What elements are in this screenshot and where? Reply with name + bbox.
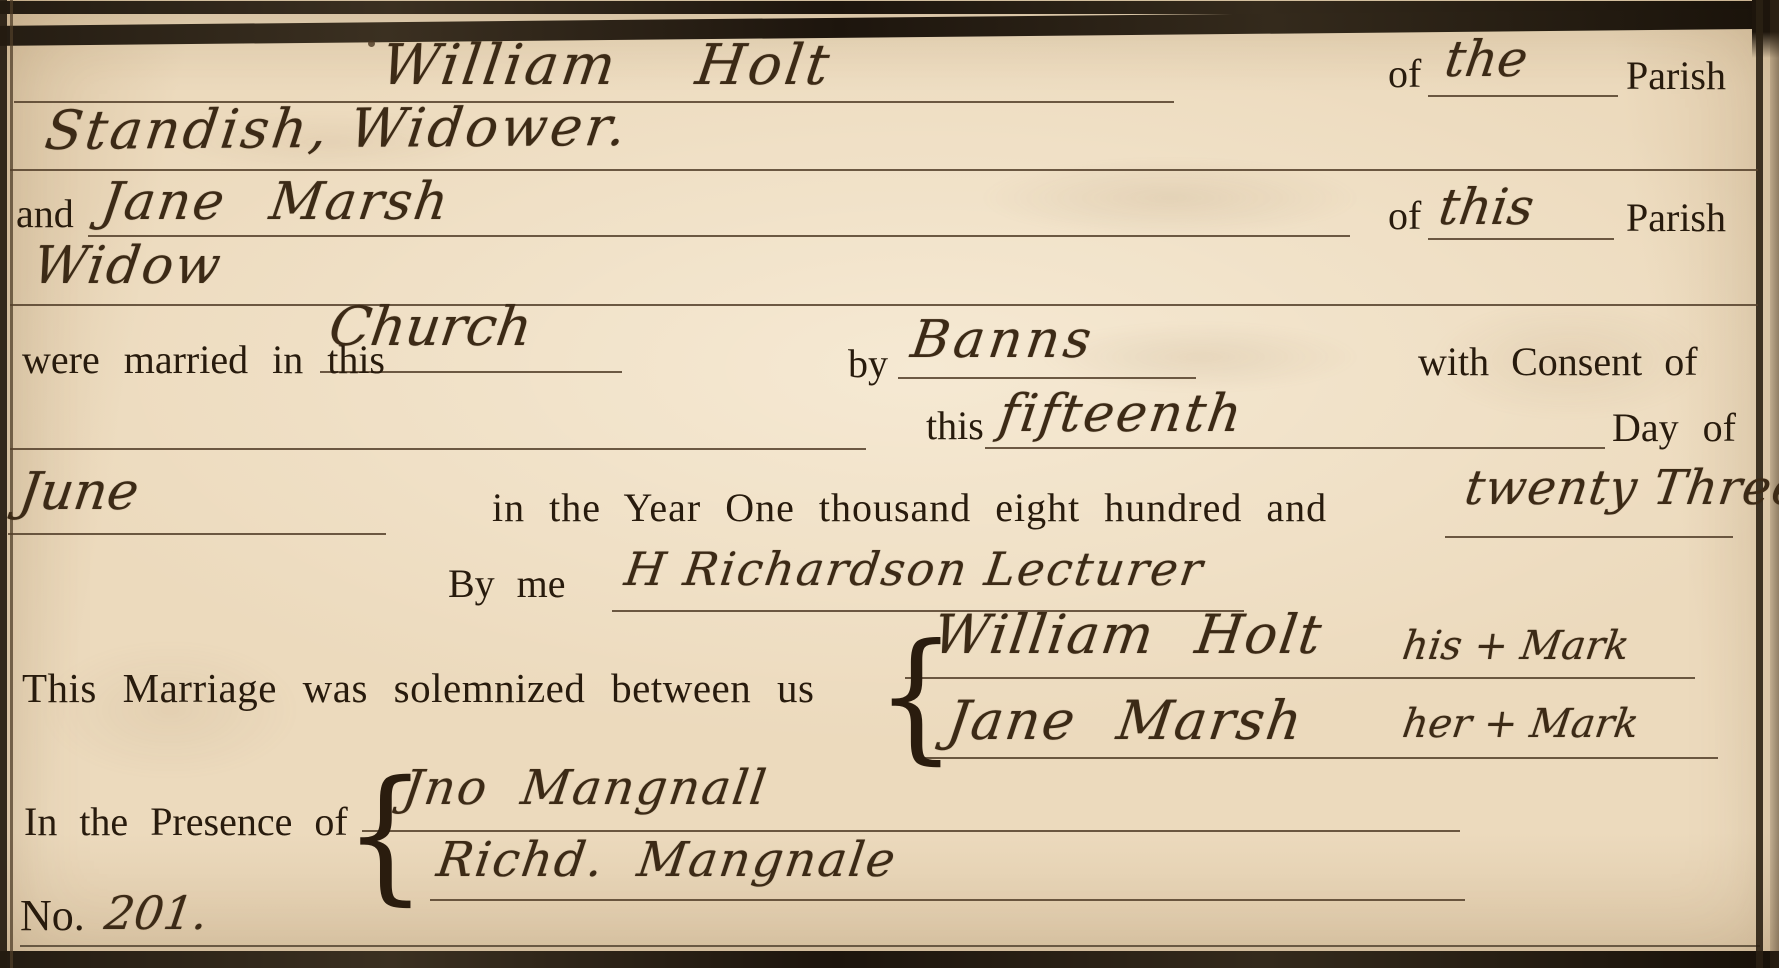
bride-name-entry: Jane Marsh bbox=[98, 176, 453, 228]
ruled-line bbox=[10, 169, 1758, 171]
groom-mark: his + Mark bbox=[1400, 626, 1632, 666]
year-label: in the Year One thousand eight hundred a… bbox=[492, 488, 1327, 528]
groom-signature: William Holt bbox=[930, 608, 1326, 662]
day-entry: fifteenth bbox=[996, 388, 1247, 440]
witness2-signature: Richd. Mangnale bbox=[434, 836, 900, 884]
page-border-left-outer bbox=[0, 0, 7, 968]
solemnized-label: This Marriage was solemnized between us bbox=[22, 668, 814, 709]
officiant-signature: H Richardson Lecturer bbox=[622, 546, 1207, 592]
ruled-line bbox=[905, 677, 1695, 679]
ruled-line bbox=[1428, 95, 1618, 97]
bride-parish-entry: this bbox=[1436, 182, 1537, 232]
ruled-line bbox=[1428, 238, 1614, 240]
ruled-line bbox=[10, 304, 1758, 306]
page-border-bottom-thin bbox=[20, 945, 1760, 947]
page-border-left-inner bbox=[10, 0, 13, 968]
ruled-line bbox=[1445, 536, 1733, 538]
ruled-line bbox=[88, 235, 1350, 237]
groom-parish-entry: the bbox=[1442, 34, 1531, 84]
ruled-line bbox=[430, 899, 1465, 901]
day-of-label: Day of bbox=[1612, 408, 1736, 448]
bride-signature: Jane Marsh bbox=[944, 694, 1307, 748]
groom-name-entry: William Holt bbox=[378, 38, 835, 94]
by-me-label: By me bbox=[448, 564, 566, 604]
consent-label: with Consent of bbox=[1418, 342, 1698, 382]
ruled-line bbox=[10, 448, 866, 450]
ruled-line bbox=[985, 447, 1605, 449]
month-entry: June bbox=[16, 466, 142, 518]
this-label: this bbox=[926, 406, 984, 446]
witness1-signature: Jno Mangnall bbox=[400, 764, 771, 812]
method-entry: Banns bbox=[908, 314, 1098, 366]
year-entry: twenty Three bbox=[1462, 464, 1779, 512]
ink-speck bbox=[368, 40, 375, 47]
of-label: of bbox=[1388, 54, 1421, 94]
page-border-bottom bbox=[0, 951, 1779, 968]
ruled-line bbox=[8, 533, 386, 535]
bride-mark: her + Mark bbox=[1400, 704, 1641, 744]
presence-label: In the Presence of bbox=[24, 802, 348, 842]
parish-label: Parish bbox=[1626, 198, 1726, 238]
place-entry: Church bbox=[326, 300, 535, 354]
ruled-line bbox=[898, 377, 1196, 379]
of-label: of bbox=[1388, 196, 1421, 236]
entry-number-value: 201. bbox=[102, 890, 211, 936]
groom-abode-entry: Standish, Widower. bbox=[42, 100, 632, 158]
bride-condition-entry: Widow bbox=[30, 240, 226, 292]
parish-label: Parish bbox=[1626, 56, 1726, 96]
entry-number-label: No. bbox=[20, 894, 85, 938]
ruled-line bbox=[918, 757, 1718, 759]
by-label: by bbox=[848, 344, 888, 384]
and-label: and bbox=[16, 194, 74, 234]
marriage-register-page: William Holt of the Parish Standish, Wid… bbox=[0, 0, 1779, 968]
